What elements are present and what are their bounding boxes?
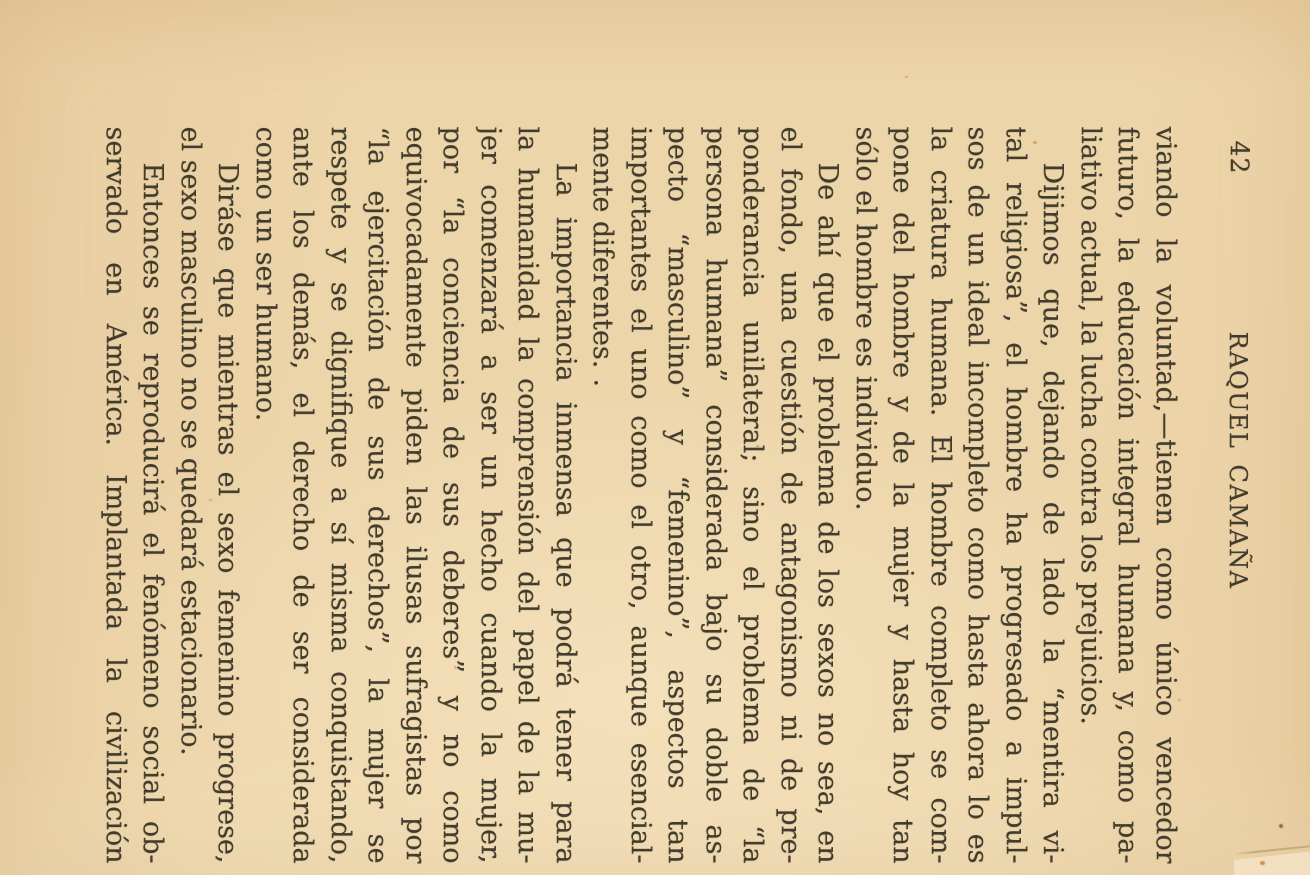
page-header: 42 RAQUEL CAMAÑA [1220,126,1254,863]
text-line: jer comenzará a ser un hecho cuando la m… [472,126,510,863]
text-line: ponderancia unilateral; sino el problema… [734,126,772,863]
paper-speck [1178,699,1181,701]
text-line: Diráse que mientras el sexo femenino pro… [209,126,247,863]
text-line: importantes el uno como el otro, aunque … [622,126,660,863]
text-line: como un ser humano. [247,126,285,863]
text-line: tal religiosa”, el hombre ha progresado … [997,126,1035,863]
text-line: la humanidad la comprensión del papel de… [509,126,547,863]
text-line: pone del hombre y de la mujer y hasta ho… [884,126,922,863]
text-line: “la ejercitación de sus derechos”, la mu… [359,126,397,863]
text-line: sos de un ideal incompleto como hasta ah… [959,126,997,863]
text-line: ante los demás, el derecho de ser consid… [284,126,322,863]
paper-speck [1033,141,1037,144]
text-line: persona humana” considerada bajo su dobl… [697,126,735,863]
scanned-book-page: 42 RAQUEL CAMAÑA viando la voluntad,—tie… [0,0,1310,875]
text-block: viando la voluntad,—tienen como único ve… [97,126,1185,863]
text-line: el sexo masculino no se quedará estacion… [172,126,210,863]
text-line: el fondo, una cuestión de antagonismo ni… [772,126,810,863]
text-line: sólo el hombre es individuo. [847,126,885,863]
text-line: Dijimos que, dejando de lado la “mentira… [1034,126,1072,863]
text-line: servado en América. Implantada la civili… [97,126,135,863]
text-line: la criatura humana. El hombre completo s… [922,126,960,863]
text-line: por “la conciencia de sus deberes” y no … [434,126,472,863]
page-number: 42 [1225,140,1254,174]
paper-speck [454,666,457,669]
book-page-sheet: 42 RAQUEL CAMAÑA viando la voluntad,—tie… [0,0,1310,875]
text-line: futuro, la educación integral humana y, … [1109,126,1147,863]
text-line: mente diferentes. [584,126,622,863]
text-line: De ahí que el problema de los sexos no s… [809,126,847,863]
text-line: respete y se dignifique a sí misma conqu… [322,126,360,863]
paper-speck [756,445,759,448]
stray-ink-dot: . [585,378,623,387]
text-line: Entonces se reproducirá el fenómeno soci… [134,126,172,863]
text-line: pecto “masculino” y “femenino”, aspectos… [659,126,697,863]
running-title: RAQUEL CAMAÑA [1224,331,1252,589]
paper-speck [1279,824,1283,828]
text-line: viando la voluntad,—tienen como único ve… [1147,126,1185,863]
text-line: La importancia inmensa que podrá tener p… [547,126,585,863]
paper-speck [209,499,212,501]
paper-speck [1260,861,1265,865]
text-line: liativo actual, la lucha contra los prej… [1072,126,1110,863]
text-line: equivocadamente piden las ilusas sufragi… [397,126,435,863]
paper-speck [905,76,908,78]
